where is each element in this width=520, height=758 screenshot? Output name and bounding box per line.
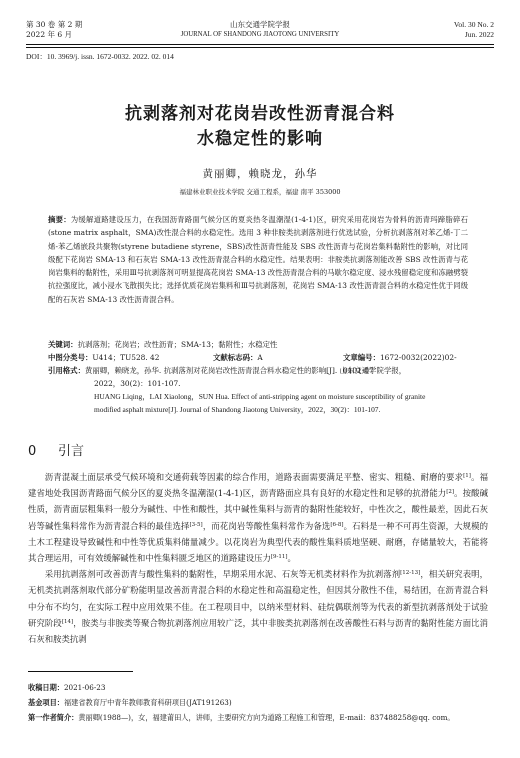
doc-code-value: A [257,353,262,362]
received-value: 2021-06-23 [64,683,105,692]
paragraph-2: 采用抗剥落剂可改善沥青与酸性集料的黏附性，早期采用水泥、石灰等无机类材料作为抗剥… [28,566,488,647]
text-run: ，胺类与非胺类等聚合物抗剥落剂应用较广泛，其中非胺类抗剥落剂在改善酸性石料与沥青… [28,618,488,644]
clc-label: 中图分类号： [48,353,92,362]
text-run: 沥青混凝土面层承受气候环境和交通荷载等因素的综合作用，道路表面需要满足平整、密实… [45,472,463,482]
citation-format: 引用格式：黄丽卿，赖晓龙，孙华. 抗剥落剂对花岗岩改性沥青混合料水稳定性的影响[… [48,364,468,416]
citation-ref[interactable]: [14] [62,619,73,625]
abstract-label: 摘要： [48,215,71,224]
header-rule-thin [26,47,494,48]
title-line-2: 水稳定性的影响 [0,127,520,152]
citation-ref[interactable]: [3-5] [190,522,203,528]
author-bio-value: 黄丽卿(1988—)，女，福建莆田人，讲师，主要研究方向为道路工程施工和管理，E… [78,713,454,722]
received-label: 收稿日期： [28,683,64,692]
clc-value: U414；TU528. 42 [92,353,159,362]
date-en: Jun. 2022 [454,30,494,40]
footnotes: 收稿日期：2021-06-23 基金项目：福建省教育厅中青年教师教育科研项目(J… [28,680,488,725]
journal-page: 第 30 卷 第 2 期 2022 年 6 月 山东交通学院学报 JOURNAL… [0,0,520,758]
author-bio-label: 第一作者简介： [28,713,78,722]
header-center: 山东交通学院学报 JOURNAL OF SHANDONG JIAOTONG UN… [26,20,494,40]
first-author-bio: 第一作者简介：黄丽卿(1988—)，女，福建莆田人，讲师，主要研究方向为道路工程… [28,710,488,725]
body-text: 沥青混凝土面层承受气候环境和交通荷载等因素的综合作用，道路表面需要满足平整、密实… [28,469,488,647]
citation-ref[interactable]: [12-13] [400,570,420,576]
keywords: 关键词：抗剥落剂；花岗岩；改性沥青；SMA-13；黏附性；水稳定性 [48,338,468,351]
text-run: 。 [288,553,296,563]
text-run: ，而花岗岩等酸性集料常作为备选 [203,521,331,531]
citation-ref[interactable]: [2] [446,489,454,495]
document-code: 文献标志码：A [213,351,263,364]
affiliation: 福建林业职业技术学院 交通工程系，福建 南平 353000 [0,187,520,196]
citation-ref[interactable]: [9-11] [271,554,288,560]
citation-cn-line-1: 黄丽卿，赖晓龙，孙华. 抗剥落剂对花岗岩改性沥青混合料水稳定性的影响[J]. 山… [85,366,406,375]
citation-en-line-2: modified asphalt mixture[J]. Journal of … [48,403,468,416]
citation-ref[interactable]: [6-8] [330,522,343,528]
citation-cn-line-2: 2022，30(2)：101-107. [48,377,468,390]
section-heading: 0引言 [28,440,84,459]
footnote-rule [28,671,133,672]
doi[interactable]: DOI：10. 3969/j. issn. 1672-0032. 2022. 0… [26,51,174,62]
abstract: 摘要：为缓解道路建设压力，在我国沥青路面气候分区的夏炎热冬温潮湿(1-4-1)区… [48,213,468,306]
received-date: 收稿日期：2021-06-23 [28,680,488,695]
header-rule-thick [26,44,494,45]
abstract-text: 为缓解道路建设压力，在我国沥青路面气候分区的夏炎热冬温潮湿(1-4-1)区，研究… [48,215,468,304]
authors: 黄丽卿，赖晓龙，孙华 [0,166,520,181]
section-number: 0 [28,444,58,459]
text-run: 采用抗剥落剂可改善沥青与酸性集料的黏附性，早期采用水泥、石灰等无机类材料作为抗剥… [45,569,400,579]
header-right: Vol. 30 No. 2 Jun. 2022 [454,20,494,40]
clc-number: 中图分类号：U414；TU528. 42 [48,351,159,364]
doc-code-label: 文献标志码： [213,353,257,362]
paragraph-1: 沥青混凝土面层承受气候环境和交通荷载等因素的综合作用，道路表面需要满足平整、密实… [28,469,488,566]
citation-label: 引用格式： [48,366,85,375]
keywords-text: 抗剥落剂；花岗岩；改性沥青；SMA-13；黏附性；水稳定性 [78,340,278,349]
volume-issue-en: Vol. 30 No. 2 [454,20,494,30]
fund-label: 基金项目： [28,698,64,707]
citation-en-line-1: HUANG Liqing，LAI Xiaolong，SUN Hua. Effec… [48,390,468,403]
title-line-1: 抗剥落剂对花岗岩改性沥青混合料 [0,102,520,127]
keywords-label: 关键词： [48,340,78,349]
article-title: 抗剥落剂对花岗岩改性沥青混合料 水稳定性的影响 [0,102,520,152]
section-title: 引言 [58,444,84,459]
article-no-label: 文章编号： [343,353,380,362]
fund-value: 福建省教育厅中青年教师教育科研项目(JAT191263) [64,698,232,707]
fund-project: 基金项目：福建省教育厅中青年教师教育科研项目(JAT191263) [28,695,488,710]
citation-ref[interactable]: [1] [463,473,471,479]
journal-name-en: JOURNAL OF SHANDONG JIAOTONG UNIVERSITY [26,30,494,40]
journal-name-cn: 山东交通学院学报 [26,20,494,30]
